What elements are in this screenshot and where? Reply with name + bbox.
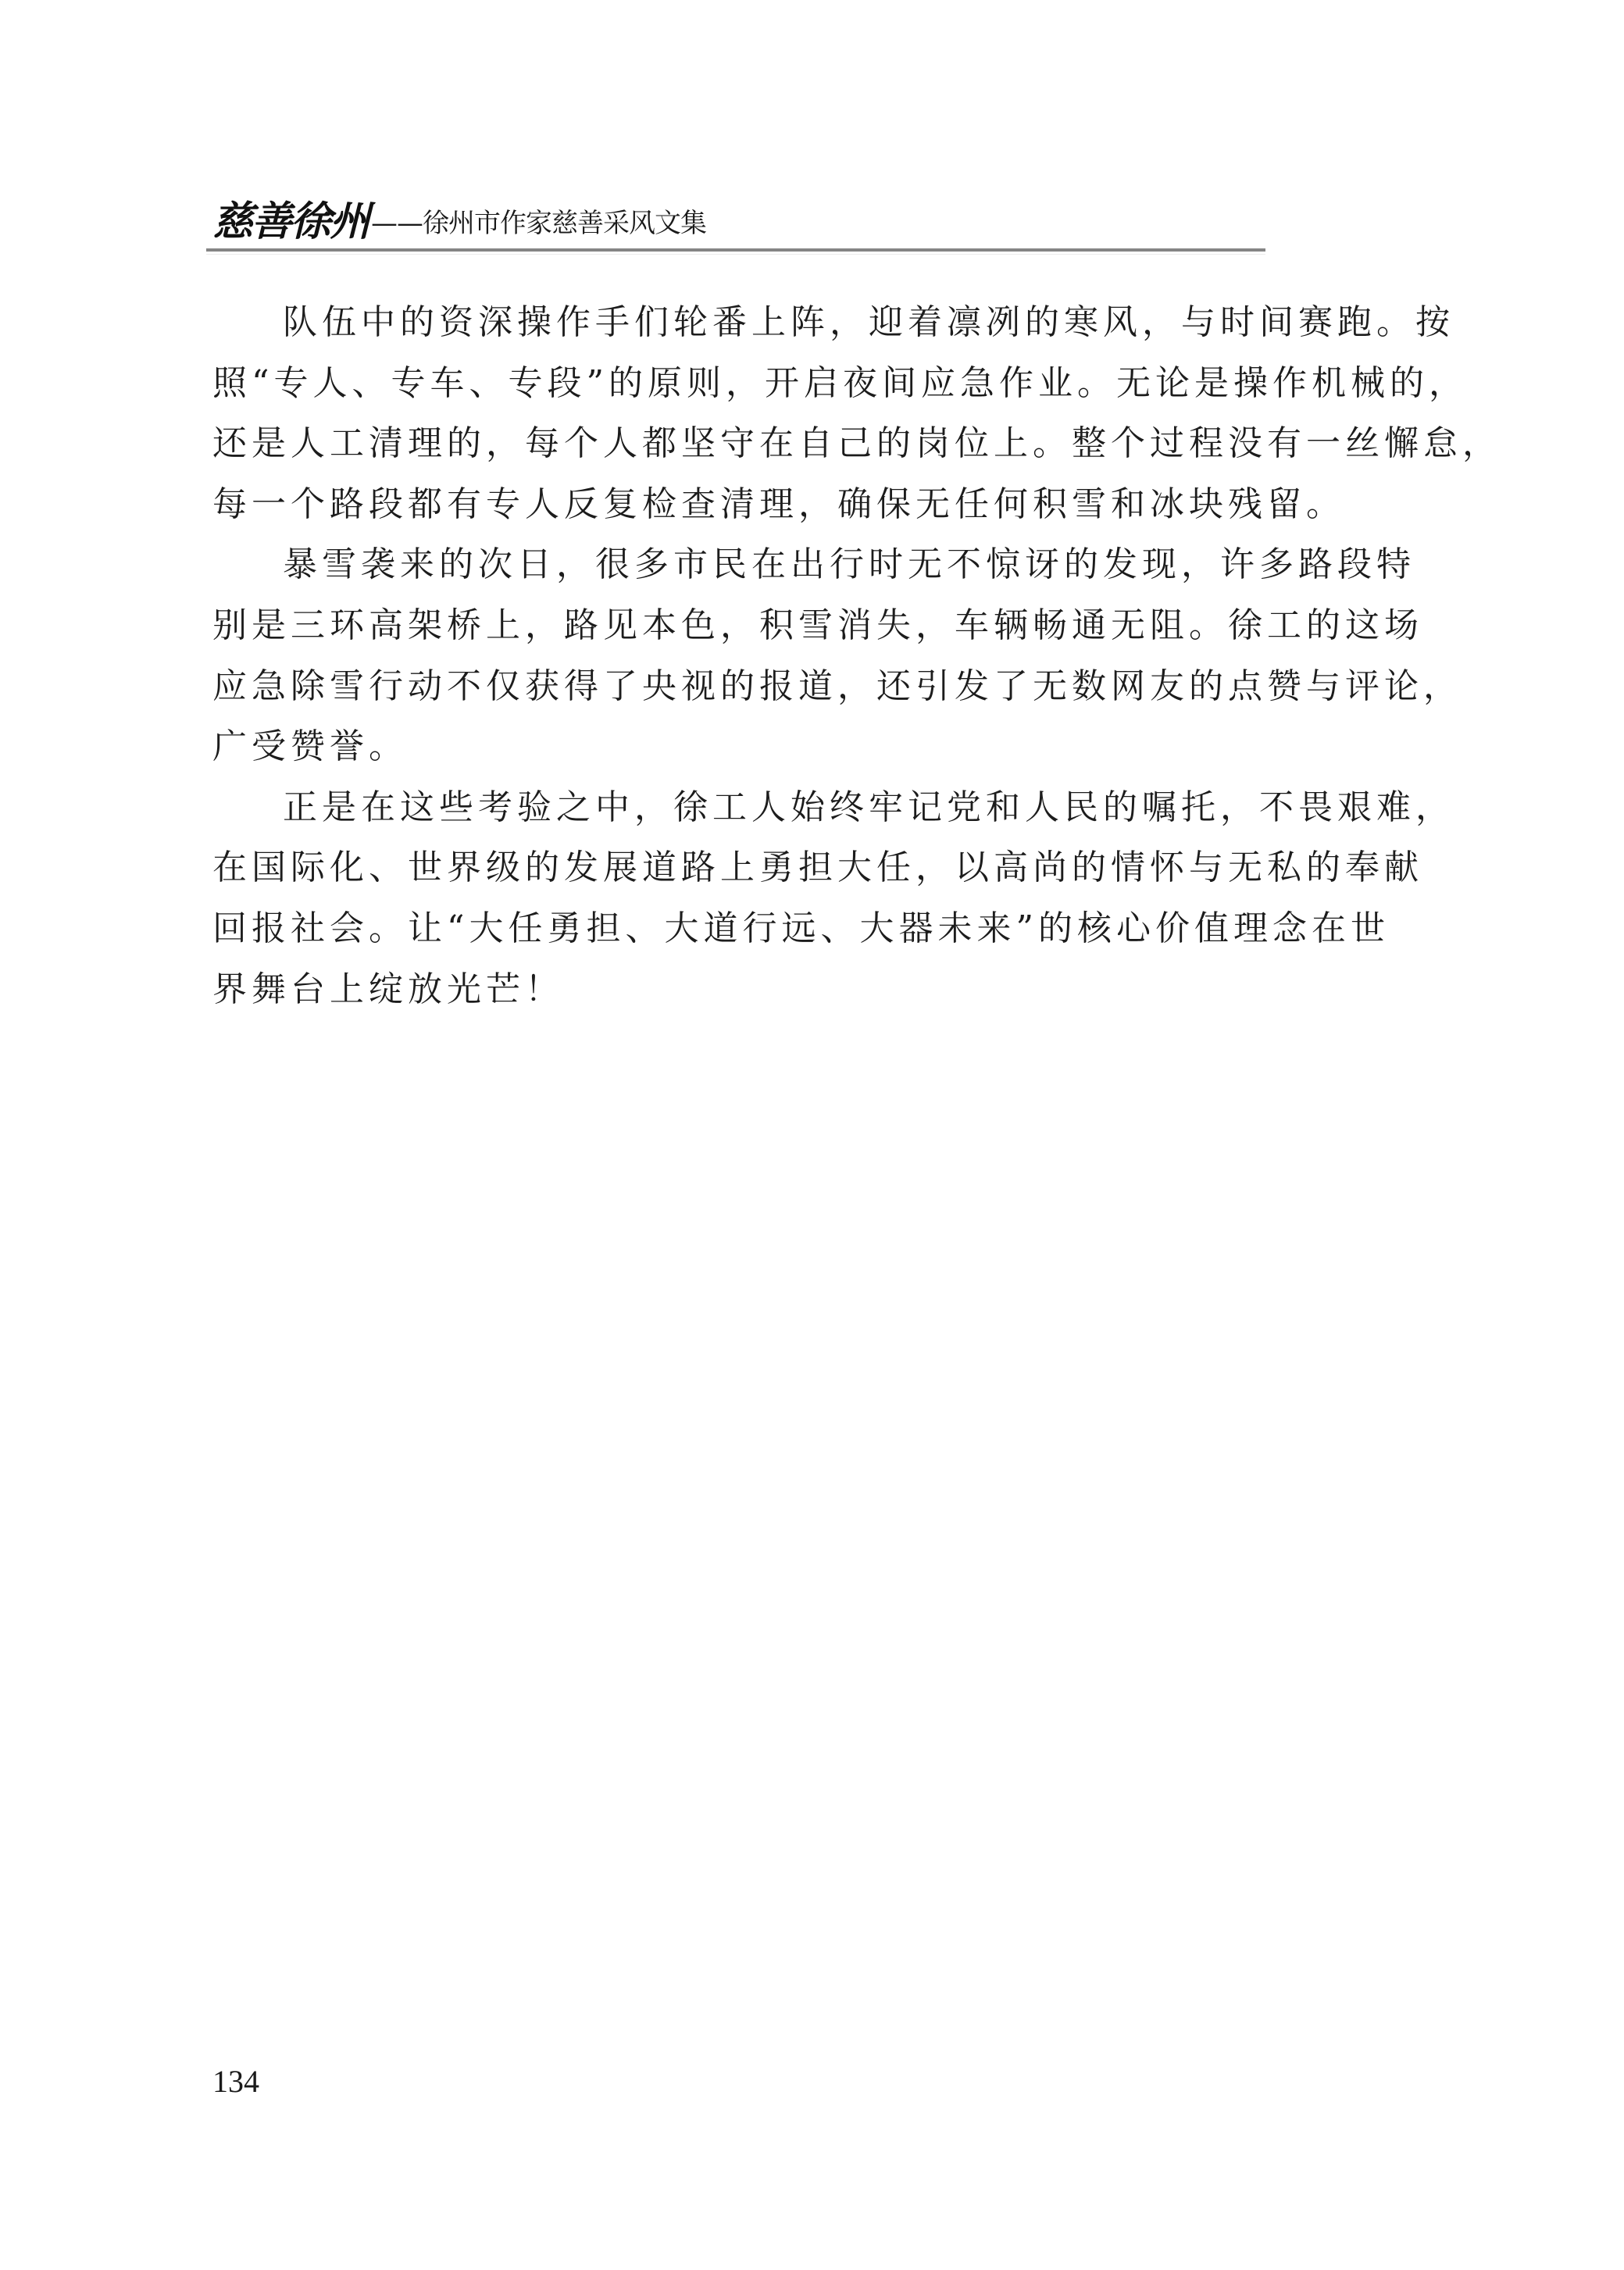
paragraph-2-line-1: 暴雪袭来的次日，很多市民在出行时无不惊讶的发现，许多路段特 [283, 543, 1415, 590]
paragraph-3-line-4: 界舞台上绽放光芒！ [212, 968, 564, 1015]
paragraph-1-line-2: 照“专人、专车、专段”的原则，开启夜间应急作业。无论是操作机械的， [212, 362, 1468, 409]
paragraph-2-line-3: 应急除雪行动不仅获得了央视的报道，还引发了无数网友的点赞与评论， [212, 665, 1462, 712]
book-subtitle: ——徐州市作家慈善采风文集 [371, 208, 706, 239]
paragraph-1-line-3: 还是人工清理的，每个人都坚守在自己的岗位上。整个过程没有一丝懈怠， [212, 422, 1501, 469]
paragraph-2-line-2: 别是三环高架桥上，路见本色，积雪消失，车辆畅通无阻。徐工的这场 [212, 604, 1423, 651]
book-page: 慈善徐州 ——徐州市作家慈善采风文集 队伍中的资深操作手们轮番上阵，迎着凛冽的寒… [0, 0, 1624, 2270]
paragraph-2-line-4: 广受赞誉。 [212, 725, 408, 772]
page-number: 134 [212, 2064, 259, 2100]
running-header: 慈善徐州 ——徐州市作家慈善采风文集 [206, 195, 1265, 258]
paragraph-3-line-1: 正是在这些考验之中，徐工人始终牢记党和人民的嘱托，不畏艰难， [283, 786, 1454, 833]
paragraph-1-line-4: 每一个路段都有专人反复检查清理，确保无任何积雪和冰块残留。 [212, 483, 1345, 530]
header-rule [206, 248, 1265, 252]
header-rule-shadow [206, 254, 1265, 255]
book-logo: 慈善徐州 [212, 198, 369, 245]
paragraph-1-line-1: 队伍中的资深操作手们轮番上阵，迎着凛冽的寒风，与时间赛跑。按 [283, 301, 1454, 348]
paragraph-3-line-2: 在国际化、世界级的发展道路上勇担大任，以高尚的情怀与无私的奉献 [212, 846, 1423, 893]
paragraph-3-line-3: 回报社会。让“大任勇担、大道行远、大器未来”的核心价值理念在世 [212, 907, 1390, 954]
